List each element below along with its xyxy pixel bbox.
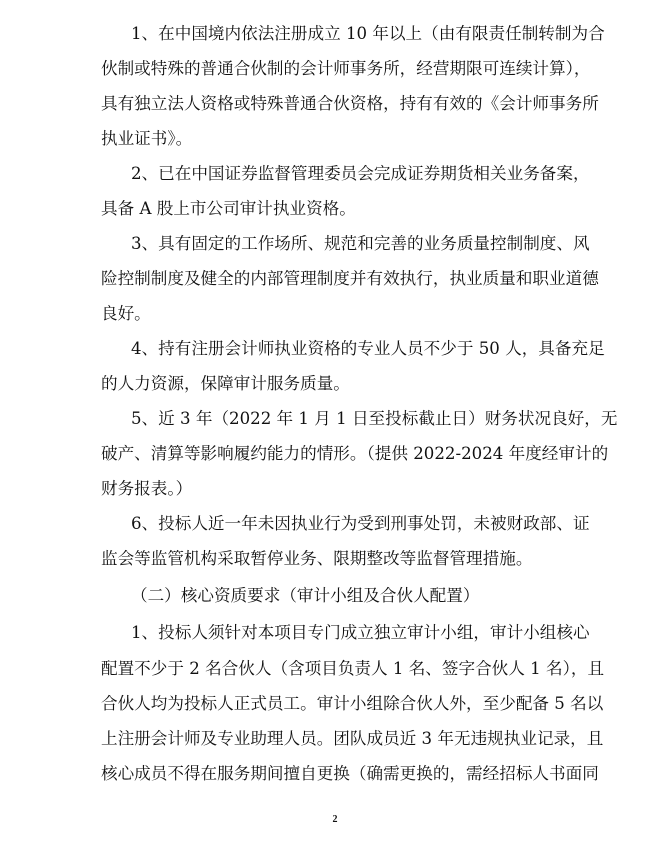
text-line: 1、投标人须针对本项目专门成立独立审计小组，审计小组核心 <box>131 622 569 644</box>
text-line: 上注册会计师及专业助理人员。团队成员近 3 年无违规执业记录，且 <box>101 728 569 750</box>
section-heading: （二）核心资质要求（审计小组及合伙人配置） <box>131 585 569 607</box>
text-line: 合伙人均为投标人正式员工。审计小组除合伙人外，至少配备 5 名以 <box>101 693 569 715</box>
text-line: 4、持有注册会计师执业资格的专业人员不少于 50 人，具备充足 <box>131 338 569 360</box>
text-line: 1、在中国境内依法注册成立 10 年以上（由有限责任制转制为合 <box>131 23 569 45</box>
document-page: 1、在中国境内依法注册成立 10 年以上（由有限责任制转制为合伙制或特殊的普通合… <box>0 0 672 845</box>
text-line: 的人力资源，保障审计服务质量。 <box>101 373 569 395</box>
text-line: 5、近 3 年（2022 年 1 月 1 日至投标截止日）财务状况良好，无 <box>131 408 569 430</box>
text-line: 险控制制度及健全的内部管理制度并有效执行，执业质量和职业道德 <box>101 268 569 290</box>
text-line: 破产、清算等影响履约能力的情形。（提供 2022-2024 年度经审计的 <box>101 443 569 465</box>
text-line: 伙制或特殊的普通合伙制的会计师事务所，经营期限可连续计算）， <box>101 58 569 80</box>
text-line: 配置不少于 2 名合伙人（含项目负责人 1 名、签字合伙人 1 名），且 <box>101 658 569 680</box>
text-line: 监会等监管机构采取暂停业务、限期整改等监督管理措施。 <box>101 548 569 570</box>
text-line: 3、具有固定的工作场所、规范和完善的业务质量控制制度、风 <box>131 233 569 255</box>
text-line: 财务报表。） <box>101 478 569 500</box>
page-number: 2 <box>330 814 340 825</box>
text-line: 具备 A 股上市公司审计执业资格。 <box>101 198 569 220</box>
text-line: 核心成员不得在服务期间擅自更换（确需更换的，需经招标人书面同 <box>101 763 569 785</box>
text-line: 具有独立法人资格或特殊普通合伙资格，持有有效的《会计师事务所 <box>101 93 569 115</box>
text-line: 良好。 <box>101 303 569 325</box>
text-line: 6、投标人近一年未因执业行为受到刑事处罚，未被财政部、证 <box>131 513 569 535</box>
text-line: 2、已在中国证券监督管理委员会完成证券期货相关业务备案， <box>131 163 569 185</box>
text-line: 执业证书》。 <box>101 128 569 150</box>
